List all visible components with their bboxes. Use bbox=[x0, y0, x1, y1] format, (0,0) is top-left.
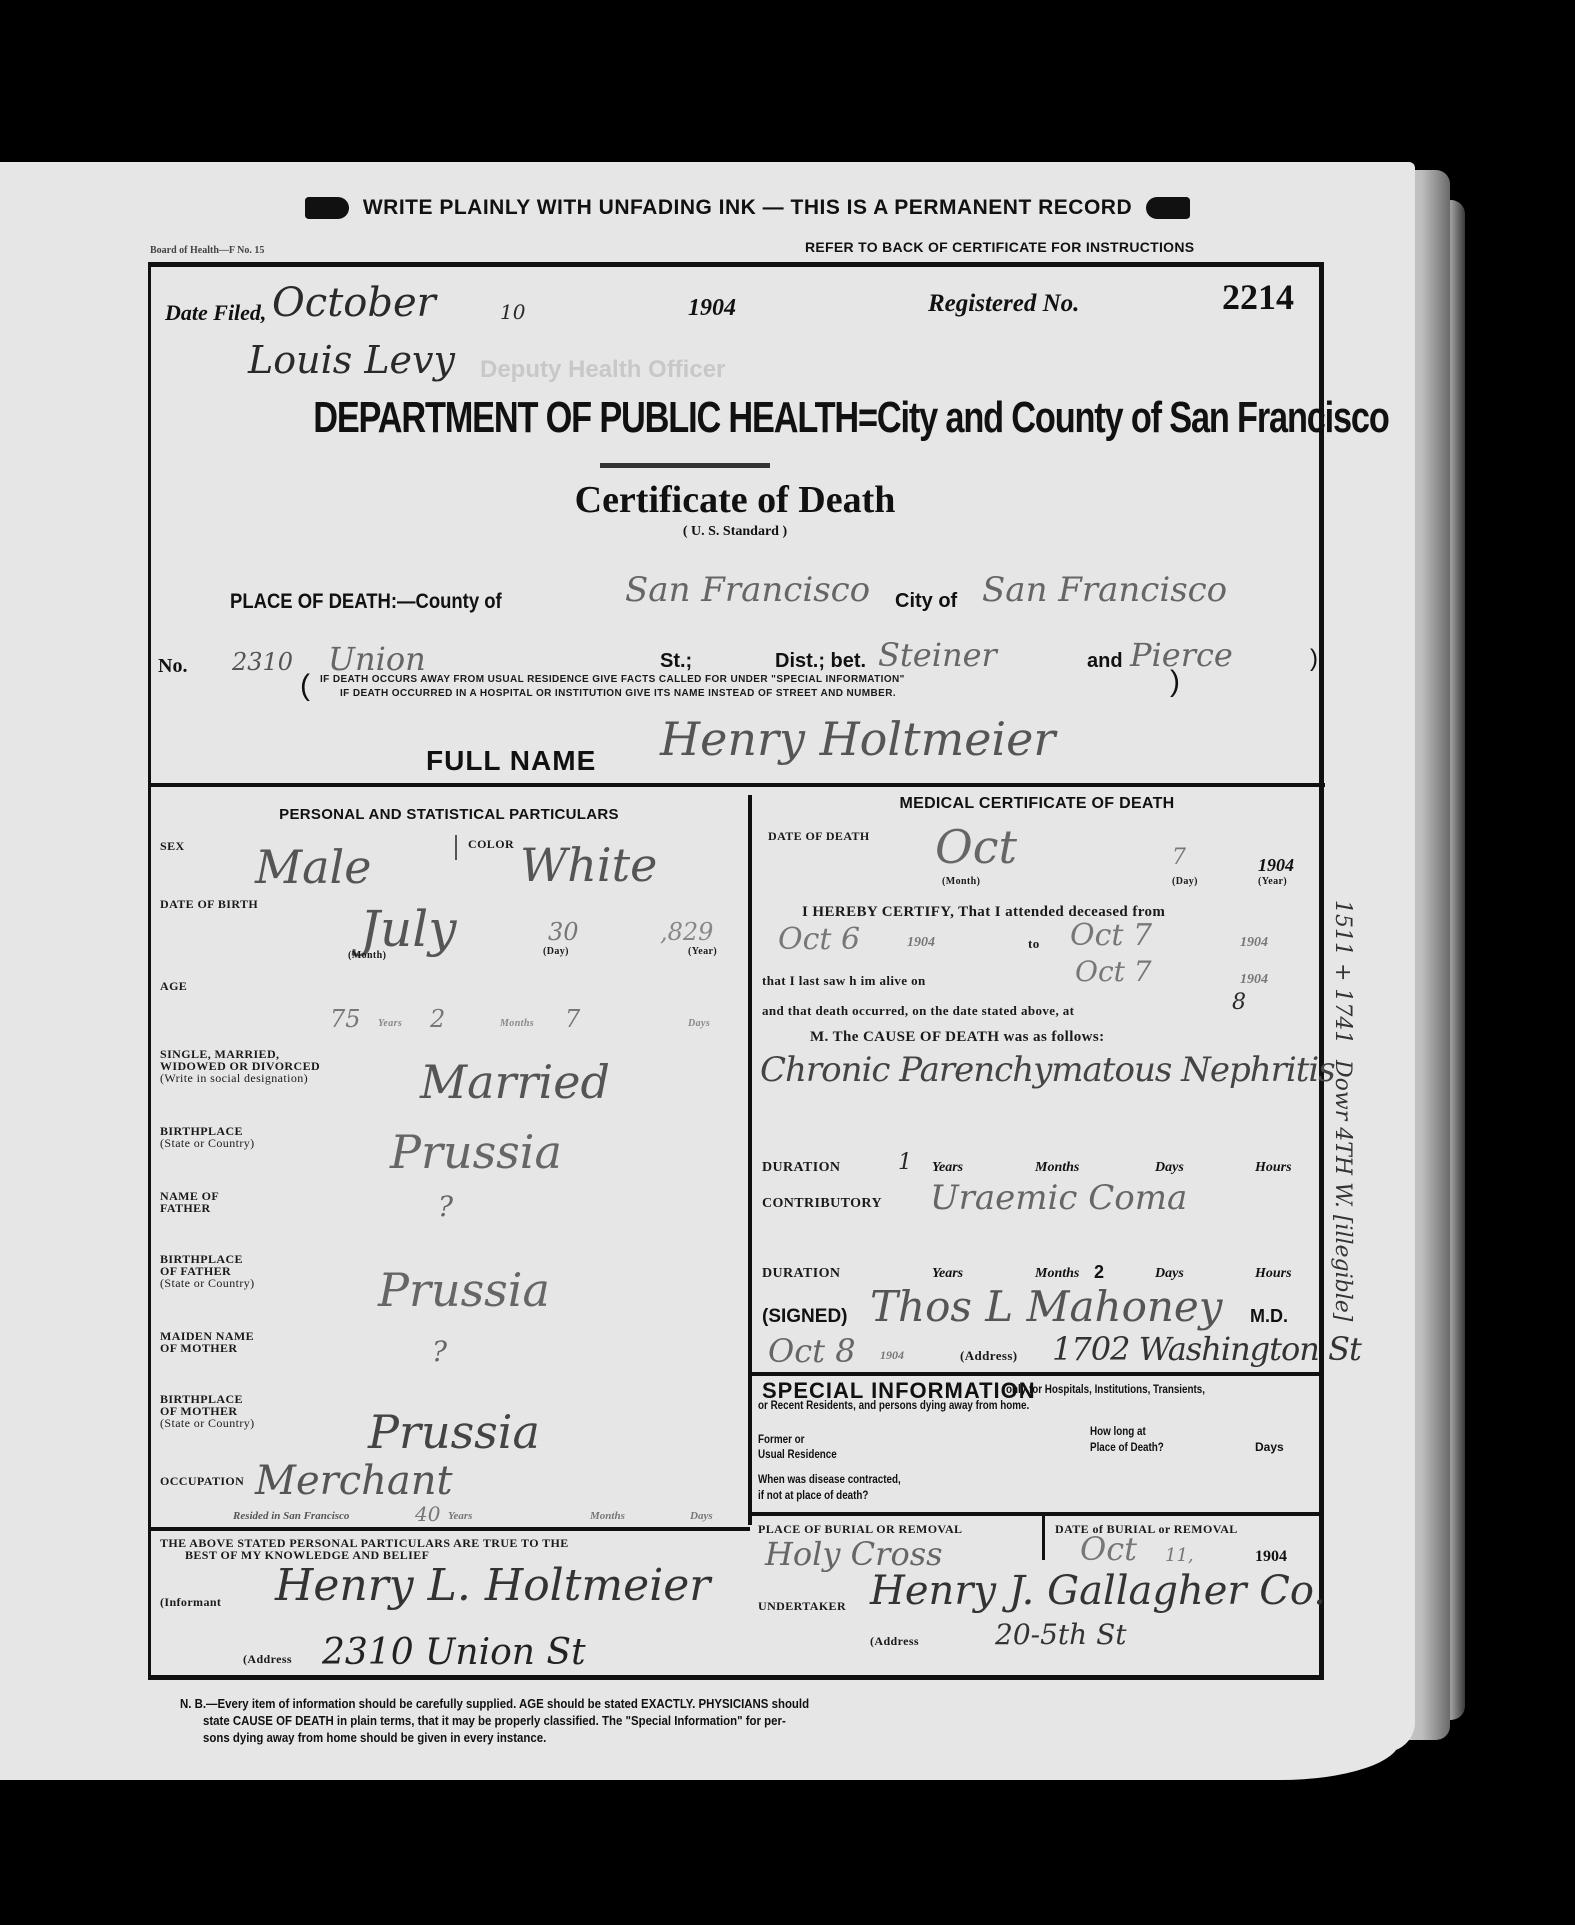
title-divider bbox=[600, 463, 770, 468]
deputy-signature: Louis Levy bbox=[248, 338, 455, 382]
ink-instruction-banner: WRITE PLAINLY WITH UNFADING INK — THIS I… bbox=[205, 196, 1290, 220]
duration-1-hours-caption: Hours bbox=[1255, 1160, 1292, 1176]
pointing-hand-icon bbox=[1146, 197, 1190, 219]
duration-1-label: DURATION bbox=[762, 1162, 840, 1174]
birthplace-label-2: (State or Country) bbox=[160, 1137, 255, 1149]
month-caption: (Month) bbox=[348, 950, 386, 962]
signed-label: (SIGNED) bbox=[762, 1306, 848, 1328]
age-days: 7 bbox=[565, 1005, 580, 1033]
special-info-note-2: or Recent Residents, and persons dying a… bbox=[758, 1398, 1029, 1412]
and-label: and bbox=[1087, 650, 1123, 673]
full-name-label: FULL NAME bbox=[426, 745, 596, 777]
occupation-label: OCCUPATION bbox=[160, 1475, 244, 1487]
dod-month: Oct bbox=[935, 820, 1017, 874]
registered-number: 2214 bbox=[1222, 276, 1294, 318]
street-number: 2310 bbox=[232, 648, 293, 676]
father-birthplace-value: Prussia bbox=[378, 1263, 550, 1317]
certificate-title: Certificate of Death bbox=[400, 478, 1070, 522]
former-residence-label-2: Usual Residence bbox=[758, 1447, 837, 1461]
margin-note-2: Dowr 4TH W. [illegible] bbox=[1330, 1060, 1355, 1321]
resided-days-caption: Days bbox=[690, 1510, 713, 1522]
informant-name: Henry L. Holtmeier bbox=[275, 1560, 710, 1611]
year-caption: (Year) bbox=[688, 946, 717, 958]
street-suffix-label: St.; bbox=[660, 650, 692, 673]
footnote-line-1: N. B.—Every item of information should b… bbox=[180, 1696, 809, 1711]
age-label: AGE bbox=[160, 980, 187, 992]
resided-years: 40 bbox=[415, 1502, 440, 1526]
place-of-death-label: PLACE OF DEATH:—County of bbox=[230, 590, 502, 614]
attended-from-year: 1904 bbox=[907, 935, 935, 951]
duration-2-years-caption: Years bbox=[932, 1266, 963, 1282]
informant-address-label: (Address bbox=[243, 1653, 292, 1665]
resided-label: Resided in San Francisco bbox=[233, 1510, 349, 1522]
sex-value: Male bbox=[255, 840, 371, 894]
certificate-page-bottom bbox=[0, 1720, 1400, 1780]
last-saw-label: that I last saw h im alive on bbox=[762, 975, 926, 987]
signed-date: Oct 8 bbox=[768, 1332, 856, 1370]
duration-2-months-caption: Months bbox=[1035, 1266, 1079, 1282]
duration-2-label: DURATION bbox=[762, 1268, 840, 1280]
date-filed-month: October bbox=[272, 280, 436, 326]
marital-value: Married bbox=[420, 1055, 610, 1109]
date-filed-label: Date Filed, bbox=[165, 300, 266, 326]
duration-1-years-caption: Years bbox=[932, 1160, 963, 1176]
footnote-line-2: state CAUSE OF DEATH in plain terms, tha… bbox=[203, 1713, 786, 1728]
age-months-caption: Months bbox=[500, 1018, 534, 1030]
how-long-label-2: Place of Death? bbox=[1090, 1440, 1164, 1454]
column-divider bbox=[748, 795, 752, 1525]
residence-note-line-2: IF DEATH OCCURRED IN A HOSPITAL OR INSTI… bbox=[340, 688, 896, 700]
divider bbox=[150, 1527, 750, 1531]
street-no-label: No. bbox=[158, 655, 187, 678]
former-residence-label-1: Former or bbox=[758, 1432, 804, 1446]
divider bbox=[752, 1372, 1324, 1376]
duration-2-days-caption: Days bbox=[1155, 1266, 1184, 1282]
physician-address-label: (Address) bbox=[960, 1350, 1018, 1362]
contracted-label-2: if not at place of death? bbox=[758, 1488, 868, 1502]
marital-label-3: (Write in social designation) bbox=[160, 1072, 308, 1084]
district-between-label: Dist.; bet. bbox=[775, 650, 866, 673]
duration-1-months-caption: Months bbox=[1035, 1160, 1079, 1176]
father-label-2: FATHER bbox=[160, 1202, 211, 1214]
attended-from: Oct 6 bbox=[778, 922, 860, 957]
color-value: White bbox=[520, 838, 657, 892]
mother-label-2: OF MOTHER bbox=[160, 1342, 238, 1354]
resided-years-caption: Years bbox=[448, 1510, 472, 1522]
date-filed-year: 1904 bbox=[688, 295, 736, 322]
dod-year: 1904 bbox=[1258, 855, 1294, 876]
burial-date-month: Oct bbox=[1080, 1530, 1137, 1568]
father-value: ? bbox=[438, 1190, 453, 1223]
field-separator bbox=[455, 835, 457, 860]
physician-address: 1702 Washington St bbox=[1052, 1330, 1361, 1368]
burial-date-day: 11, bbox=[1165, 1545, 1194, 1566]
undertaker-address: 20-5th St bbox=[995, 1618, 1127, 1651]
physician-signature: Thos L Mahoney bbox=[870, 1282, 1223, 1331]
medical-heading: MEDICAL CERTIFICATE OF DEATH bbox=[752, 795, 1322, 813]
age-years-caption: Years bbox=[378, 1018, 402, 1030]
sex-label: SEX bbox=[160, 840, 185, 852]
residence-note-line-1: IF DEATH OCCURS AWAY FROM USUAL RESIDENC… bbox=[320, 674, 905, 686]
dob-label: DATE OF BIRTH bbox=[160, 898, 258, 910]
color-label: COLOR bbox=[468, 838, 514, 850]
note-open-paren: ( bbox=[300, 672, 310, 700]
footnote-line-3: sons dying away from home should be give… bbox=[203, 1730, 546, 1745]
place-county: San Francisco bbox=[625, 570, 870, 610]
banner-text: WRITE PLAINLY WITH UNFADING INK — THIS I… bbox=[363, 196, 1132, 219]
birthplace-value: Prussia bbox=[390, 1125, 562, 1179]
resided-months-caption: Months bbox=[590, 1510, 625, 1522]
mother-birthplace-label-3: (State or Country) bbox=[160, 1417, 255, 1429]
day-caption: (Day) bbox=[543, 946, 569, 958]
informant-label: (Informant bbox=[160, 1596, 221, 1608]
last-saw-year: 1904 bbox=[1240, 972, 1268, 988]
mother-birthplace-value: Prussia bbox=[368, 1405, 540, 1459]
dob-day: 30 bbox=[548, 918, 579, 946]
dod-label: DATE OF DEATH bbox=[768, 830, 870, 842]
date-filed-day: 10 bbox=[500, 300, 525, 324]
dod-day: 7 bbox=[1172, 845, 1186, 870]
dob-year: ,829 bbox=[660, 918, 713, 946]
duration-2-hours-caption: Hours bbox=[1255, 1266, 1292, 1282]
full-name-value: Henry Holtmeier bbox=[660, 712, 1055, 766]
registered-label: Registered No. bbox=[928, 290, 1079, 318]
contributory-cause: Uraemic Coma bbox=[930, 1178, 1187, 1218]
dod-month-caption: (Month) bbox=[942, 876, 980, 888]
contracted-label-1: When was disease contracted, bbox=[758, 1472, 901, 1486]
special-info-note: only for Hospitals, Institutions, Transi… bbox=[1006, 1382, 1205, 1396]
age-months: 2 bbox=[430, 1005, 445, 1033]
dod-year-caption: (Year) bbox=[1258, 876, 1287, 888]
to-label: to bbox=[1028, 938, 1040, 950]
note-close-paren: ) bbox=[1170, 665, 1180, 699]
undertaker-name: Henry J. Gallagher Co. bbox=[870, 1568, 1326, 1614]
cause-of-death: Chronic Parenchymatous Nephritis bbox=[760, 1050, 1335, 1090]
attended-to-year: 1904 bbox=[1240, 935, 1268, 951]
cause-label: M. The CAUSE OF DEATH was as follows: bbox=[810, 1030, 1105, 1045]
contributory-label: CONTRIBUTORY bbox=[762, 1198, 882, 1210]
department-heading: DEPARTMENT OF PUBLIC HEALTH=City and Cou… bbox=[313, 393, 1187, 443]
signed-year: 1904 bbox=[880, 1348, 904, 1363]
divider bbox=[752, 1512, 1324, 1516]
place-city: San Francisco bbox=[982, 570, 1227, 610]
undertaker-address-label: (Address bbox=[870, 1635, 919, 1647]
how-long-days-label: Days bbox=[1255, 1440, 1284, 1454]
between-street-2: Pierce bbox=[1130, 636, 1233, 674]
form-number: Board of Health—F No. 15 bbox=[150, 245, 264, 256]
margin-note-1: 1511 + 1741 bbox=[1330, 900, 1355, 1044]
duration-1-days-caption: Days bbox=[1155, 1160, 1184, 1176]
pointing-hand-icon bbox=[305, 197, 349, 219]
duration-2-months: 2 bbox=[1094, 1262, 1104, 1283]
father-birthplace-label-3: (State or Country) bbox=[160, 1277, 255, 1289]
burial-separator bbox=[1042, 1515, 1045, 1560]
how-long-label-1: How long at bbox=[1090, 1424, 1146, 1438]
divider bbox=[150, 783, 1325, 787]
close-paren: ) bbox=[1310, 645, 1318, 673]
burial-date-year: 1904 bbox=[1255, 1548, 1287, 1566]
between-street-1: Steiner bbox=[878, 636, 997, 674]
md-label: M.D. bbox=[1250, 1306, 1288, 1327]
last-saw-date: Oct 7 bbox=[1075, 955, 1152, 988]
occupation-value: Merchant bbox=[255, 1458, 453, 1504]
mother-value: ? bbox=[432, 1335, 447, 1368]
street-name: Union bbox=[328, 640, 426, 678]
dod-day-caption: (Day) bbox=[1172, 876, 1198, 888]
occurred-label: and that death occurred, on the date sta… bbox=[762, 1005, 1074, 1017]
age-years: 75 bbox=[330, 1005, 361, 1033]
burial-place-label: PLACE OF BURIAL OR REMOVAL bbox=[758, 1523, 962, 1535]
deputy-title-stamp: Deputy Health Officer bbox=[480, 356, 725, 384]
age-days-caption: Days bbox=[688, 1018, 710, 1030]
standard-subtitle: ( U. S. Standard ) bbox=[400, 524, 1070, 540]
personal-heading: PERSONAL AND STATISTICAL PARTICULARS bbox=[150, 806, 748, 823]
hour-of-death: 8 bbox=[1232, 990, 1246, 1015]
undertaker-label: UNDERTAKER bbox=[758, 1600, 846, 1612]
city-label: City of bbox=[895, 590, 957, 613]
attended-to: Oct 7 bbox=[1070, 918, 1152, 953]
informant-address: 2310 Union St bbox=[322, 1632, 586, 1673]
refer-instructions: REFER TO BACK OF CERTIFICATE FOR INSTRUC… bbox=[805, 239, 1194, 255]
duration-1-years: 1 bbox=[898, 1150, 912, 1175]
